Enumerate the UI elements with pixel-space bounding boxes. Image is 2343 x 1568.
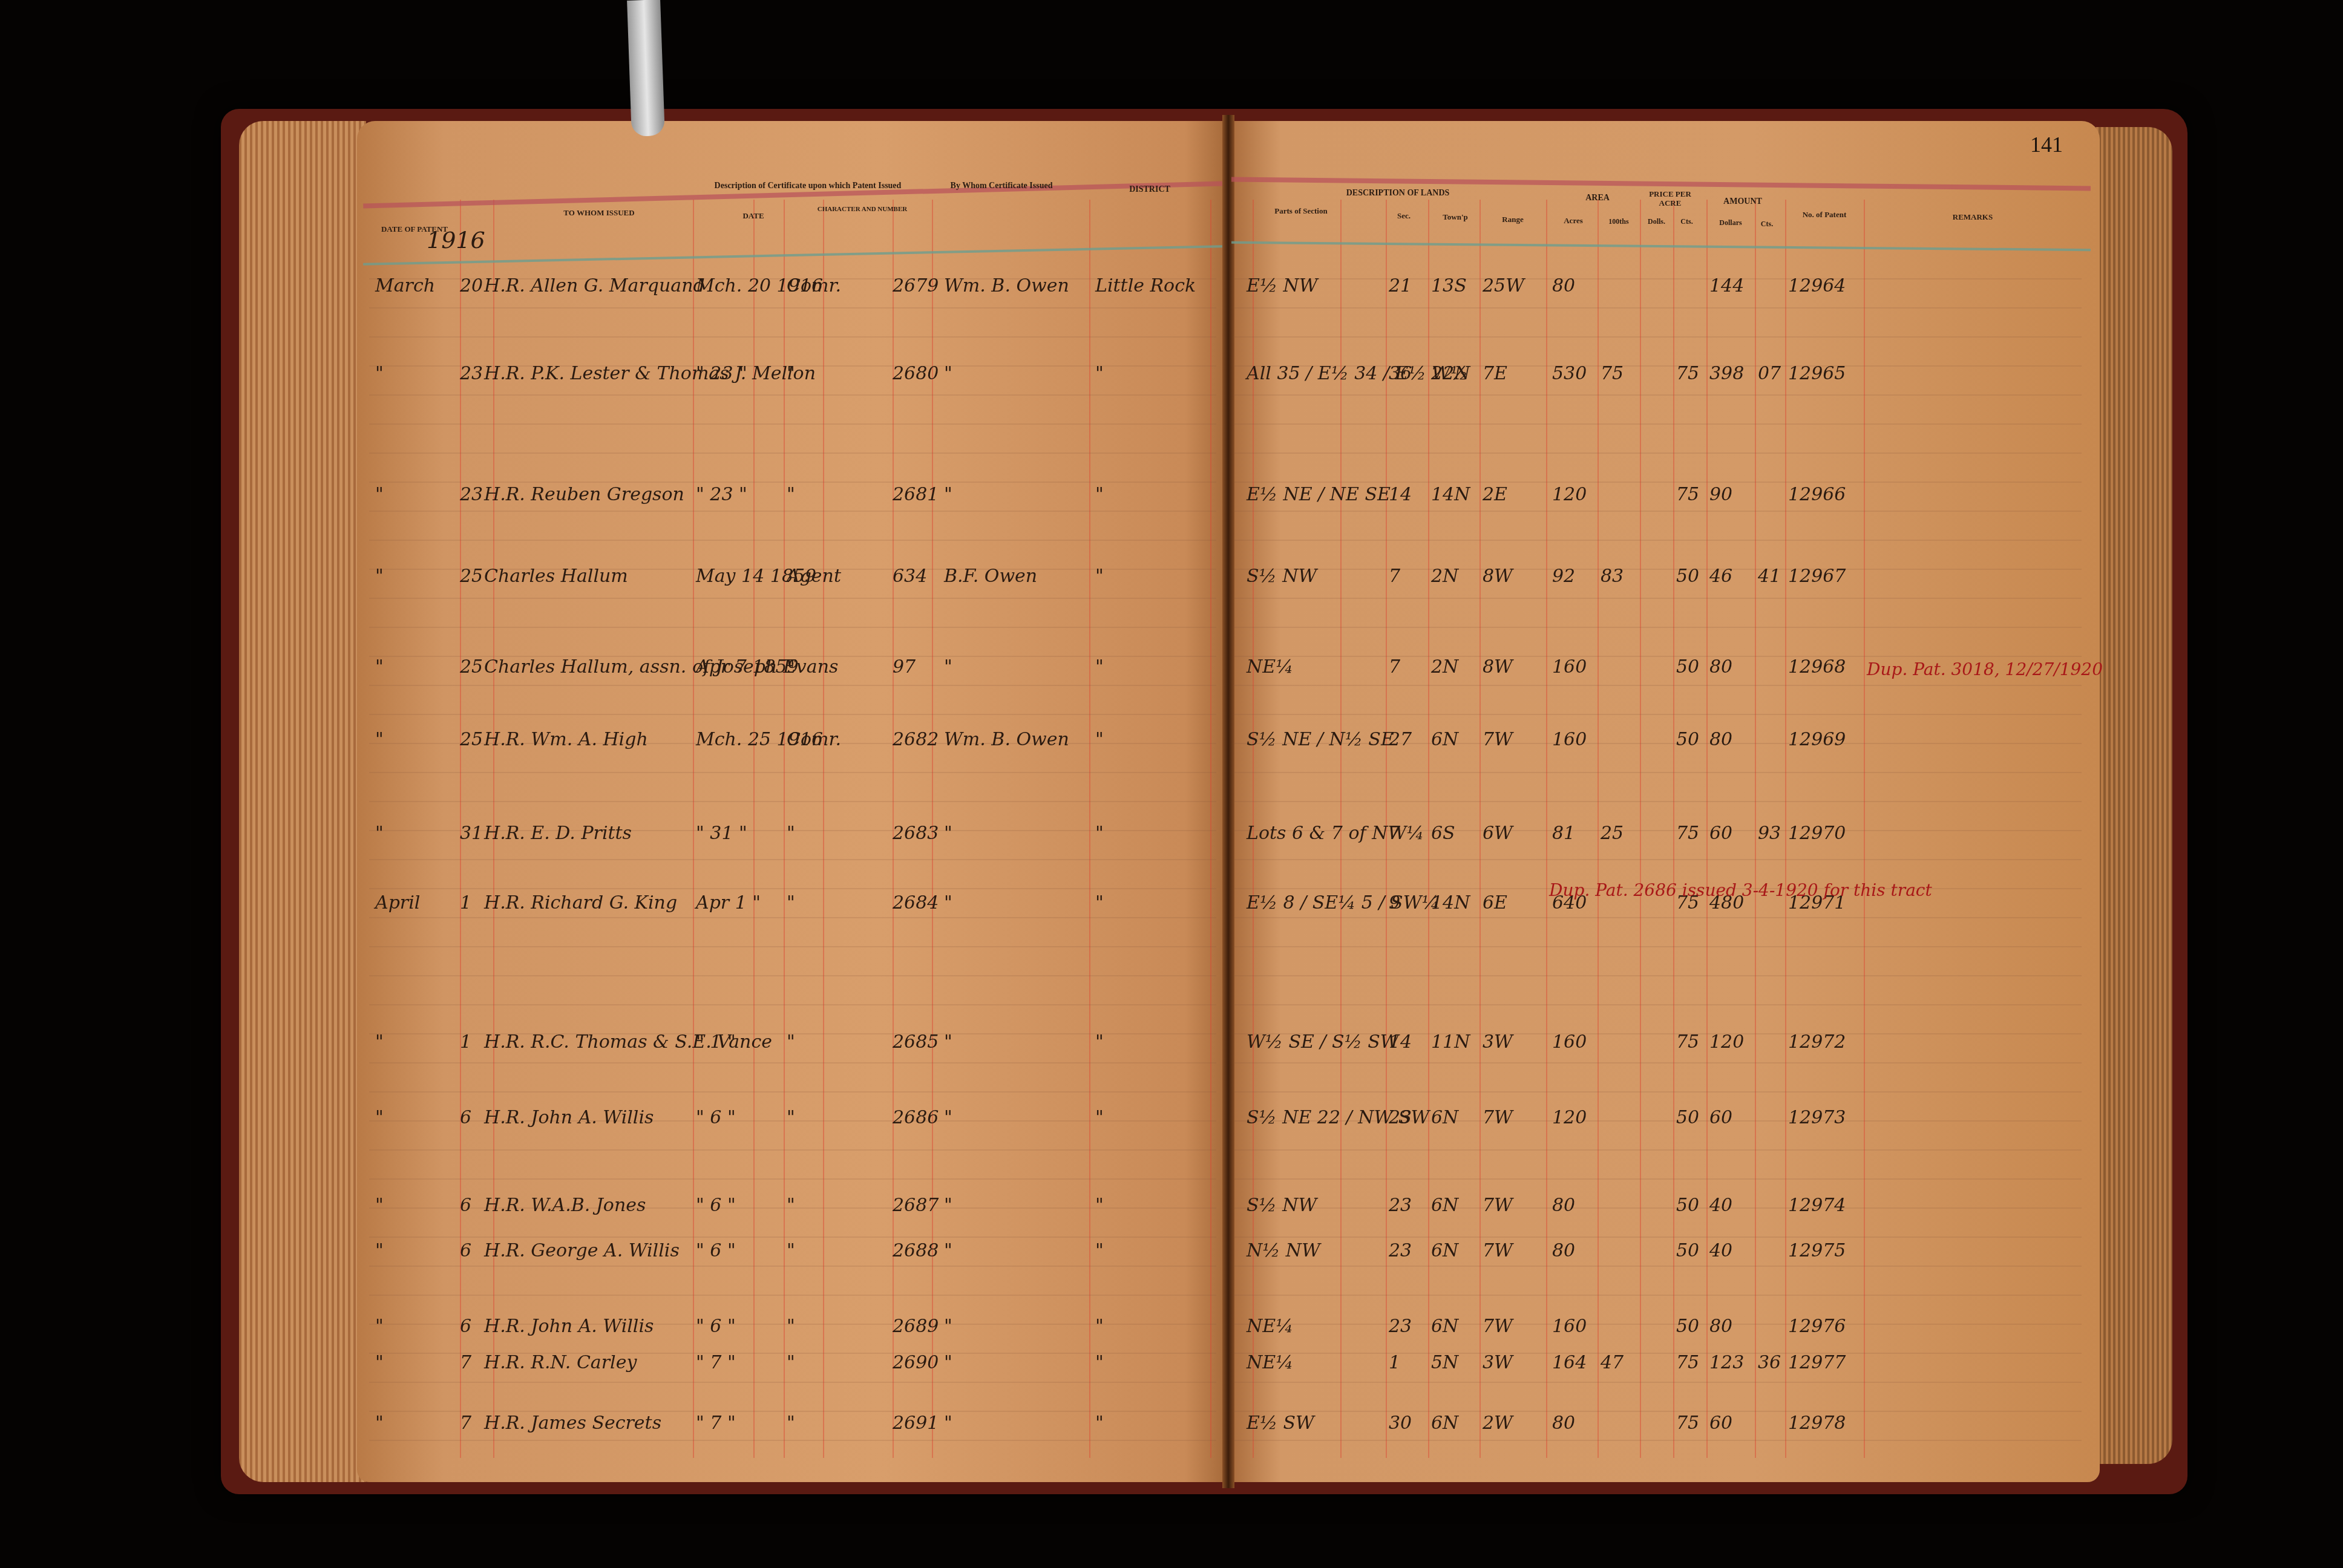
row-rule [369, 307, 1216, 309]
entry-patent-number: 12969 [1788, 729, 1846, 750]
entry-amount-dollars: 60 [1709, 1107, 1732, 1128]
entry-by-whom: " [944, 1352, 952, 1373]
entry-acres-hundredths: 75 [1601, 363, 1624, 384]
entry-township: 2N [1431, 656, 1458, 678]
page-number: 141 [2030, 132, 2063, 157]
entry-cert-character: " [787, 1352, 795, 1373]
entry-range: 7W [1483, 1195, 1513, 1216]
row-rule [369, 423, 1216, 425]
entry-acres-hundredths: 47 [1601, 1352, 1624, 1373]
entry-month: " [375, 823, 384, 844]
header-area-group: AREA [1567, 194, 1628, 203]
entry-district: " [1095, 363, 1104, 384]
entry-name: H.R. Reuben Gregson [484, 484, 684, 505]
entry-cert-character: " [787, 1195, 795, 1216]
row-rule [369, 801, 1216, 802]
entry-cert-date: " 23 " [696, 484, 747, 505]
row-rule [369, 1382, 1216, 1383]
header-certificate-group: Description of Certificate upon which Pa… [714, 181, 902, 191]
entry-cert-character: " [787, 1413, 795, 1434]
entry-name: H.R. R.N. Carley [484, 1352, 637, 1373]
entry-day: 25 [460, 656, 483, 678]
entry-patent-number: 12975 [1788, 1240, 1846, 1261]
year-label: 1916 [427, 227, 485, 253]
entry-parts-of-section: N½ NW [1247, 1240, 1320, 1261]
entry-price-cents: 50 [1676, 1195, 1699, 1216]
column-rule [1864, 200, 1865, 1458]
row-rule [1234, 1178, 2082, 1180]
header-remarks: REMARKS [1924, 213, 2021, 222]
row-rule [369, 1266, 1216, 1267]
entry-cert-number: 2684 [893, 892, 939, 913]
entry-acres: 120 [1552, 1107, 1587, 1128]
entry-patent-number: 12967 [1788, 566, 1846, 587]
entry-by-whom: " [944, 1031, 952, 1053]
entry-patent-number: 12974 [1788, 1195, 1846, 1216]
entry-range: 6W [1483, 823, 1513, 844]
entry-district: " [1095, 1031, 1104, 1053]
header-price-group: PRICE PER ACRE [1640, 190, 1700, 208]
entry-cert-number: 2683 [893, 823, 939, 844]
column-rule [1755, 200, 1756, 1458]
entry-section: 27 [1389, 729, 1412, 750]
entry-cert-number: 97 [893, 656, 916, 678]
entry-cert-character: Agent [787, 566, 841, 587]
row-rule [1234, 336, 2082, 338]
entry-range: 25W [1483, 275, 1524, 296]
entry-name: H.R. Allen G. Marquand [484, 275, 705, 296]
row-rule [1234, 1091, 2082, 1093]
row-rule [1234, 569, 2082, 570]
entry-section: 23 [1389, 1107, 1412, 1128]
entry-cert-character: " [787, 484, 795, 505]
row-rule [1234, 801, 2082, 802]
entry-section: 14 [1389, 484, 1412, 505]
entry-amount-dollars: 60 [1709, 1413, 1732, 1434]
entry-range: 2E [1483, 484, 1507, 505]
row-rule [369, 394, 1216, 396]
row-rule [369, 975, 1216, 976]
row-rule [1234, 598, 2082, 599]
row-rule [1234, 685, 2082, 686]
entry-cert-character: " [787, 1031, 795, 1053]
entry-by-whom: " [944, 363, 952, 384]
entry-amount-dollars: 80 [1709, 1316, 1732, 1337]
row-rule [369, 452, 1216, 454]
entry-patent-number: 12976 [1788, 1316, 1846, 1337]
entry-name: H.R. James Secrets [484, 1413, 661, 1434]
entry-patent-number: 12977 [1788, 1352, 1846, 1373]
column-rule [1210, 200, 1211, 1458]
entry-month: " [375, 1031, 384, 1053]
header-cert-date: DATE [714, 212, 793, 221]
header-to-whom-issued: TO WHOM ISSUED [520, 209, 678, 218]
entry-district: " [1095, 1195, 1104, 1216]
row-rule [369, 772, 1216, 773]
row-rule [1234, 1295, 2082, 1296]
row-rule [1234, 307, 2082, 309]
entry-amount-dollars: 40 [1709, 1195, 1732, 1216]
row-rule [1234, 394, 2082, 396]
entry-cert-date: " 1 " [696, 1031, 736, 1053]
entry-acres: 120 [1552, 484, 1587, 505]
header-cert-character: CHARACTER AND NUMBER [811, 206, 914, 214]
row-rule [1234, 946, 2082, 947]
entry-cert-date: " 23 " [696, 363, 747, 384]
column-rule [1673, 200, 1674, 1458]
entry-day: 1 [460, 1031, 471, 1053]
entry-month: " [375, 1352, 384, 1373]
entry-range: 7W [1483, 1316, 1513, 1337]
column-rule [784, 200, 785, 1458]
entry-district: " [1095, 1316, 1104, 1337]
entry-day: 6 [460, 1107, 471, 1128]
entry-patent-number: 12964 [1788, 275, 1846, 296]
column-rule [1428, 200, 1429, 1458]
entry-section: 23 [1389, 1316, 1412, 1337]
entry-cert-date: " 6 " [696, 1107, 736, 1128]
header-patent-no: No. of Patent [1785, 211, 1864, 220]
entry-range: 7E [1483, 363, 1507, 384]
entry-cert-number: 2687 [893, 1195, 939, 1216]
row-rule [369, 1062, 1216, 1063]
row-rule [1234, 482, 2082, 483]
entry-amount-cents: 93 [1758, 823, 1781, 844]
row-rule [369, 627, 1216, 628]
column-rule [1480, 200, 1481, 1458]
entry-patent-number: 12965 [1788, 363, 1846, 384]
row-rule [369, 482, 1216, 483]
entry-section: 23 [1389, 1240, 1412, 1261]
entry-day: 23 [460, 484, 483, 505]
entry-parts-of-section: S½ NW [1247, 1195, 1317, 1216]
entry-month: March [375, 275, 435, 296]
row-rule [1234, 1382, 2082, 1383]
row-rule [1234, 1324, 2082, 1325]
entry-price-cents: 50 [1676, 1107, 1699, 1128]
entry-cert-date: " 7 " [696, 1352, 736, 1373]
entry-cert-date: " 31 " [696, 823, 747, 844]
entry-range: 7W [1483, 729, 1513, 750]
entry-range: 2W [1483, 1413, 1513, 1434]
entry-cert-character: " [787, 823, 795, 844]
entry-acres: 92 [1552, 566, 1575, 587]
row-rule [1234, 917, 2082, 918]
entry-cert-character: Comr. [787, 729, 841, 750]
row-rule [369, 336, 1216, 338]
bookmark-ribbon[interactable] [627, 0, 665, 137]
entry-range: 7W [1483, 1240, 1513, 1261]
entry-cert-date: Apr 7 1859 [696, 656, 799, 678]
entry-section: 7 [1389, 656, 1400, 678]
row-rule [369, 917, 1216, 918]
entry-parts-of-section: E½ SW [1247, 1413, 1314, 1434]
column-rule [1089, 200, 1090, 1458]
entry-township: 14N [1431, 484, 1470, 505]
entry-by-whom: " [944, 1107, 952, 1128]
entry-cert-date: " 6 " [696, 1316, 736, 1337]
row-rule [1234, 1266, 2082, 1267]
entry-acres: 164 [1552, 1352, 1587, 1373]
entry-amount-dollars: 144 [1709, 275, 1744, 296]
entry-day: 23 [460, 363, 483, 384]
row-rule [369, 540, 1216, 541]
entry-cert-character: Comr. [787, 275, 841, 296]
entry-name: H.R. George A. Willis [484, 1240, 680, 1261]
entry-cert-character: " [787, 892, 795, 913]
entry-district: " [1095, 566, 1104, 587]
entry-day: 7 [460, 1413, 471, 1434]
entry-acres: 80 [1552, 275, 1575, 296]
entry-day: 25 [460, 729, 483, 750]
entry-acres: 81 [1552, 823, 1575, 844]
header-township: Town'p [1431, 213, 1480, 222]
entry-cert-number: 2682 [893, 729, 939, 750]
entry-by-whom: " [944, 823, 952, 844]
row-rule [369, 1091, 1216, 1093]
entry-day: 31 [460, 823, 483, 844]
row-rule [1234, 540, 2082, 541]
entry-price-cents: 75 [1676, 363, 1699, 384]
entry-cert-number: 2689 [893, 1316, 939, 1337]
header-amount-cts: Cts. [1755, 220, 1779, 229]
entry-price-cents: 75 [1676, 484, 1699, 505]
entry-parts-of-section: NE¼ [1247, 1352, 1293, 1373]
entry-district: " [1095, 892, 1104, 913]
entry-name: H.R. Richard G. King [484, 892, 677, 913]
entry-amount-dollars: 398 [1709, 363, 1744, 384]
entry-amount-cents: 07 [1758, 363, 1781, 384]
entry-section: 7 [1389, 823, 1400, 844]
entry-cert-date: " 6 " [696, 1195, 736, 1216]
page-edges-left [239, 121, 366, 1482]
entry-section: 21 [1389, 275, 1412, 296]
column-rule [693, 200, 694, 1458]
header-acres: Acres [1549, 217, 1597, 226]
row-rule [369, 888, 1216, 889]
row-rule [369, 1004, 1216, 1005]
entry-price-cents: 50 [1676, 1316, 1699, 1337]
row-rule [1234, 1004, 2082, 1005]
entry-price-cents: 75 [1676, 1031, 1699, 1053]
entry-cert-date: Apr 1 " [696, 892, 761, 913]
entry-name: Charles Hallum [484, 566, 628, 587]
entry-month: April [375, 892, 420, 913]
entry-cert-number: 2691 [893, 1413, 939, 1434]
entry-by-whom: " [944, 1240, 952, 1261]
entry-cert-number: 2679 [893, 275, 939, 296]
entry-price-cents: 50 [1676, 656, 1699, 678]
entry-district: " [1095, 656, 1104, 678]
entry-patent-number: 12966 [1788, 484, 1846, 505]
column-rule [823, 200, 824, 1458]
entry-range: 8W [1483, 656, 1513, 678]
entry-month: " [375, 566, 384, 587]
entry-district: " [1095, 1413, 1104, 1434]
entry-cert-number: 634 [893, 566, 927, 587]
entry-township: 14N [1431, 892, 1470, 913]
entry-district: " [1095, 729, 1104, 750]
entry-by-whom: Wm. B. Owen [944, 729, 1069, 750]
entry-price-cents: 50 [1676, 729, 1699, 750]
entry-by-whom: " [944, 1195, 952, 1216]
entry-section: 36 [1389, 363, 1412, 384]
row-rule [1234, 452, 2082, 454]
entry-township: 6N [1431, 1107, 1458, 1128]
entry-section: 7 [1389, 566, 1400, 587]
header-amount-group: AMOUNT [1706, 197, 1779, 207]
entry-township: 6N [1431, 1316, 1458, 1337]
entry-range: 7W [1483, 1107, 1513, 1128]
entry-month: " [375, 363, 384, 384]
row-rule [1234, 1149, 2082, 1151]
entry-acres: 160 [1552, 729, 1587, 750]
entry-cert-character: " [787, 1240, 795, 1261]
entry-township: 22N [1431, 363, 1470, 384]
entry-acres: 530 [1552, 363, 1587, 384]
entry-acres: 160 [1552, 1316, 1587, 1337]
row-rule [1234, 1411, 2082, 1412]
entry-month: " [375, 1316, 384, 1337]
row-rule [1234, 627, 2082, 628]
header-by-whom: By Whom Certificate Issued [950, 181, 1053, 191]
header-lands-group: DESCRIPTION OF LANDS [1301, 189, 1495, 198]
header-sec: Sec. [1389, 212, 1419, 221]
entry-range: 6E [1483, 892, 1507, 913]
entry-acres: 80 [1552, 1195, 1575, 1216]
entry-amount-cents: 41 [1758, 566, 1781, 587]
entry-township: 13S [1431, 275, 1467, 296]
entry-district: Little Rock [1095, 275, 1196, 296]
entry-day: 6 [460, 1316, 471, 1337]
entry-range: 3W [1483, 1031, 1513, 1053]
row-rule [1234, 1207, 2082, 1209]
entry-amount-dollars: 123 [1709, 1352, 1744, 1373]
entry-township: 6N [1431, 1413, 1458, 1434]
row-rule [1234, 278, 2082, 279]
entry-cert-character: " [787, 363, 795, 384]
entry-parts-of-section: S½ NE / N½ SE [1247, 729, 1394, 750]
entry-township: 6N [1431, 1240, 1458, 1261]
entry-remarks: Dup. Pat. 2686 issued 3-4-1920 for this … [1549, 880, 1932, 900]
entry-section: 30 [1389, 1413, 1412, 1434]
column-rule [753, 200, 755, 1458]
entry-by-whom: " [944, 892, 952, 913]
entry-cert-date: " 7 " [696, 1413, 736, 1434]
row-rule [1234, 772, 2082, 773]
entry-section: 23 [1389, 1195, 1412, 1216]
entry-parts-of-section: NE¼ [1247, 656, 1293, 678]
entry-month: " [375, 1240, 384, 1261]
row-rule [1234, 1236, 2082, 1238]
entry-month: " [375, 1413, 384, 1434]
row-rule [369, 685, 1216, 686]
entry-patent-number: 12978 [1788, 1413, 1846, 1434]
entry-acres: 80 [1552, 1413, 1575, 1434]
entry-section: 1 [1389, 1352, 1400, 1373]
row-rule [369, 598, 1216, 599]
column-rule [1785, 200, 1786, 1458]
entry-parts-of-section: NE¼ [1247, 1316, 1293, 1337]
entry-day: 1 [460, 892, 471, 913]
entry-district: " [1095, 823, 1104, 844]
entry-cert-character: " [787, 1316, 795, 1337]
row-rule [1234, 1440, 2082, 1441]
row-rule [1234, 975, 2082, 976]
entry-township: 6S [1431, 823, 1455, 844]
entry-district: " [1095, 1352, 1104, 1373]
entry-section: 14 [1389, 1031, 1412, 1053]
entry-cert-number: 2681 [893, 484, 939, 505]
entry-cert-character: " [787, 1107, 795, 1128]
entry-patent-number: 12973 [1788, 1107, 1846, 1128]
entry-amount-dollars: 90 [1709, 484, 1732, 505]
entry-cert-number: 2685 [893, 1031, 939, 1053]
row-rule [369, 946, 1216, 947]
entry-by-whom: " [944, 484, 952, 505]
entry-name: H.R. John A. Willis [484, 1316, 654, 1337]
header-price-cts: Cts. [1673, 218, 1700, 226]
entry-patent-number: 12972 [1788, 1031, 1846, 1053]
entry-range: 3W [1483, 1352, 1513, 1373]
column-rule [1640, 200, 1641, 1458]
row-rule [369, 511, 1216, 512]
row-rule [1234, 511, 2082, 512]
entry-cert-number: 2688 [893, 1240, 939, 1261]
entry-parts-of-section: W½ SE / S½ SW [1247, 1031, 1399, 1053]
entry-day: 6 [460, 1195, 471, 1216]
row-rule [369, 1178, 1216, 1180]
entry-price-cents: 75 [1676, 823, 1699, 844]
entry-township: 5N [1431, 1352, 1458, 1373]
entry-acres-hundredths: 83 [1601, 566, 1624, 587]
entry-township: 11N [1431, 1031, 1470, 1053]
header-district: DISTRICT [1101, 185, 1198, 195]
entry-cert-date: " 6 " [696, 1240, 736, 1261]
column-rule [1546, 200, 1547, 1458]
row-rule [369, 714, 1216, 715]
row-rule [369, 1236, 1216, 1238]
entry-month: " [375, 729, 384, 750]
entry-township: 2N [1431, 566, 1458, 587]
entry-acres: 80 [1552, 1240, 1575, 1261]
entry-amount-dollars: 60 [1709, 823, 1732, 844]
row-rule [1234, 423, 2082, 425]
header-hundredths: 100ths [1597, 218, 1640, 226]
entry-by-whom: " [944, 1316, 952, 1337]
header-range: Range [1489, 215, 1537, 224]
entry-parts-of-section: E½ 8 / SE¼ 5 / SW¼ [1247, 892, 1440, 913]
entry-patent-number: 12970 [1788, 823, 1846, 844]
row-rule [369, 1149, 1216, 1151]
entry-parts-of-section: E½ NE / NE SE [1247, 484, 1391, 505]
entry-district: " [1095, 1240, 1104, 1261]
row-rule [369, 1440, 1216, 1441]
entry-by-whom: Wm. B. Owen [944, 275, 1069, 296]
entry-cert-character: " [787, 656, 795, 678]
entry-district: " [1095, 1107, 1104, 1128]
entry-price-cents: 75 [1676, 1352, 1699, 1373]
entry-remarks: Dup. Pat. 3018, 12/27/1920 [1867, 659, 2103, 679]
book-gutter [1222, 115, 1234, 1488]
entry-by-whom: " [944, 1413, 952, 1434]
entry-month: " [375, 656, 384, 678]
entry-cert-number: 2686 [893, 1107, 939, 1128]
entry-parts-of-section: S½ NW [1247, 566, 1317, 587]
entry-name: H.R. W.A.B. Jones [484, 1195, 646, 1216]
entry-acres: 160 [1552, 656, 1587, 678]
entry-month: " [375, 1107, 384, 1128]
